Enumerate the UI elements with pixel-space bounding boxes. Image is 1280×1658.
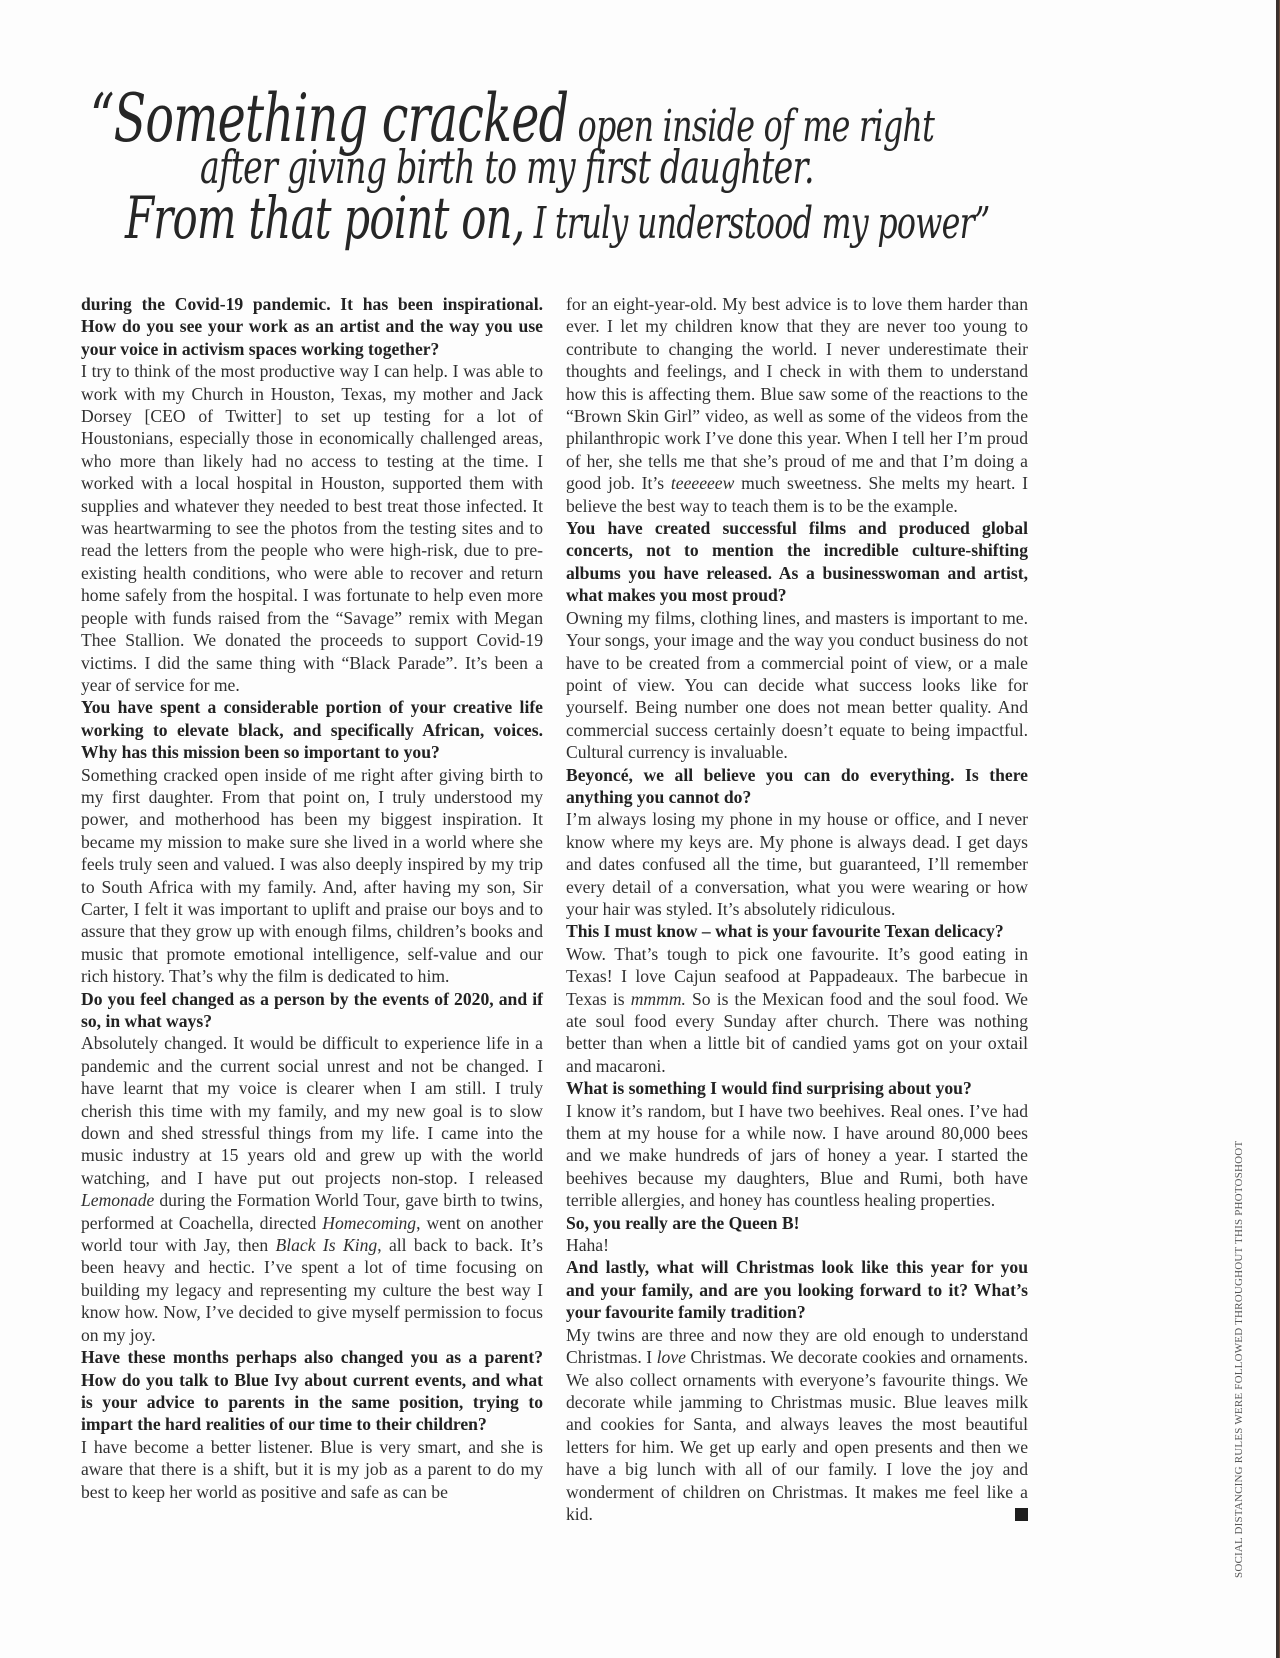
italic-title: mmmm. [631,989,686,1009]
interview-question: This I must know – what is your favourit… [566,920,1028,942]
interview-question: And lastly, what will Christmas look lik… [566,1256,1028,1323]
interview-answer: I try to think of the most productive wa… [81,360,543,696]
interview-question: Have these months perhaps also changed y… [81,1346,543,1436]
interview-question: Beyoncé, we all believe you can do every… [566,764,1028,809]
article-column-right: for an eight-year-old. My best advice is… [566,293,1028,1525]
interview-answer: Haha! [566,1234,1028,1256]
interview-answer: Something cracked open inside of me righ… [81,764,543,988]
interview-answer: I know it’s random, but I have two beehi… [566,1100,1028,1212]
interview-question: You have spent a considerable portion of… [81,696,543,763]
interview-question: during the Covid-19 pandemic. It has bee… [81,293,543,360]
article-column-left: during the Covid-19 pandemic. It has bee… [81,293,543,1503]
italic-title: Homecoming [322,1213,416,1233]
italic-title: Black Is King [275,1235,377,1255]
interview-answer: My twins are three and now they are old … [566,1324,1028,1526]
pull-quote-emphasis: From that point on, [125,184,524,252]
italic-title: Lemonade [81,1190,154,1210]
magazine-page: “Something cracked open inside of me rig… [0,0,1280,1658]
answer-text: Christmas. We decorate cookies and ornam… [566,1347,1028,1524]
interview-answer: for an eight-year-old. My best advice is… [566,293,1028,517]
pull-quote-line-3: From that point on, I truly understood m… [125,184,1280,252]
interview-answer: Owning my films, clothing lines, and mas… [566,607,1028,764]
interview-answer: Absolutely changed. It would be difficul… [81,1032,543,1346]
interview-answer: I have become a better listener. Blue is… [81,1436,543,1503]
answer-text: for an eight-year-old. My best advice is… [566,294,1028,493]
interview-answer: I’m always losing my phone in my house o… [566,808,1028,920]
pull-quote-text: I truly understood my power” [524,198,989,249]
interview-question: You have created successful films and pr… [566,517,1028,607]
interview-question: Do you feel changed as a person by the e… [81,988,543,1033]
interview-question: What is something I would find surprisin… [566,1077,1028,1099]
end-mark-icon [1015,1508,1028,1521]
interview-question: So, you really are the Queen B! [566,1212,1028,1234]
italic-title: love [657,1347,686,1367]
interview-answer: Wow. That’s tough to pick one favourite.… [566,943,1028,1077]
answer-text: Absolutely changed. It would be difficul… [81,1033,543,1187]
italic-title: teeeeeew [671,473,734,493]
side-note-text: SOCIAL DISTANCING RULES WERE FOLLOWED TH… [1233,1141,1245,1578]
